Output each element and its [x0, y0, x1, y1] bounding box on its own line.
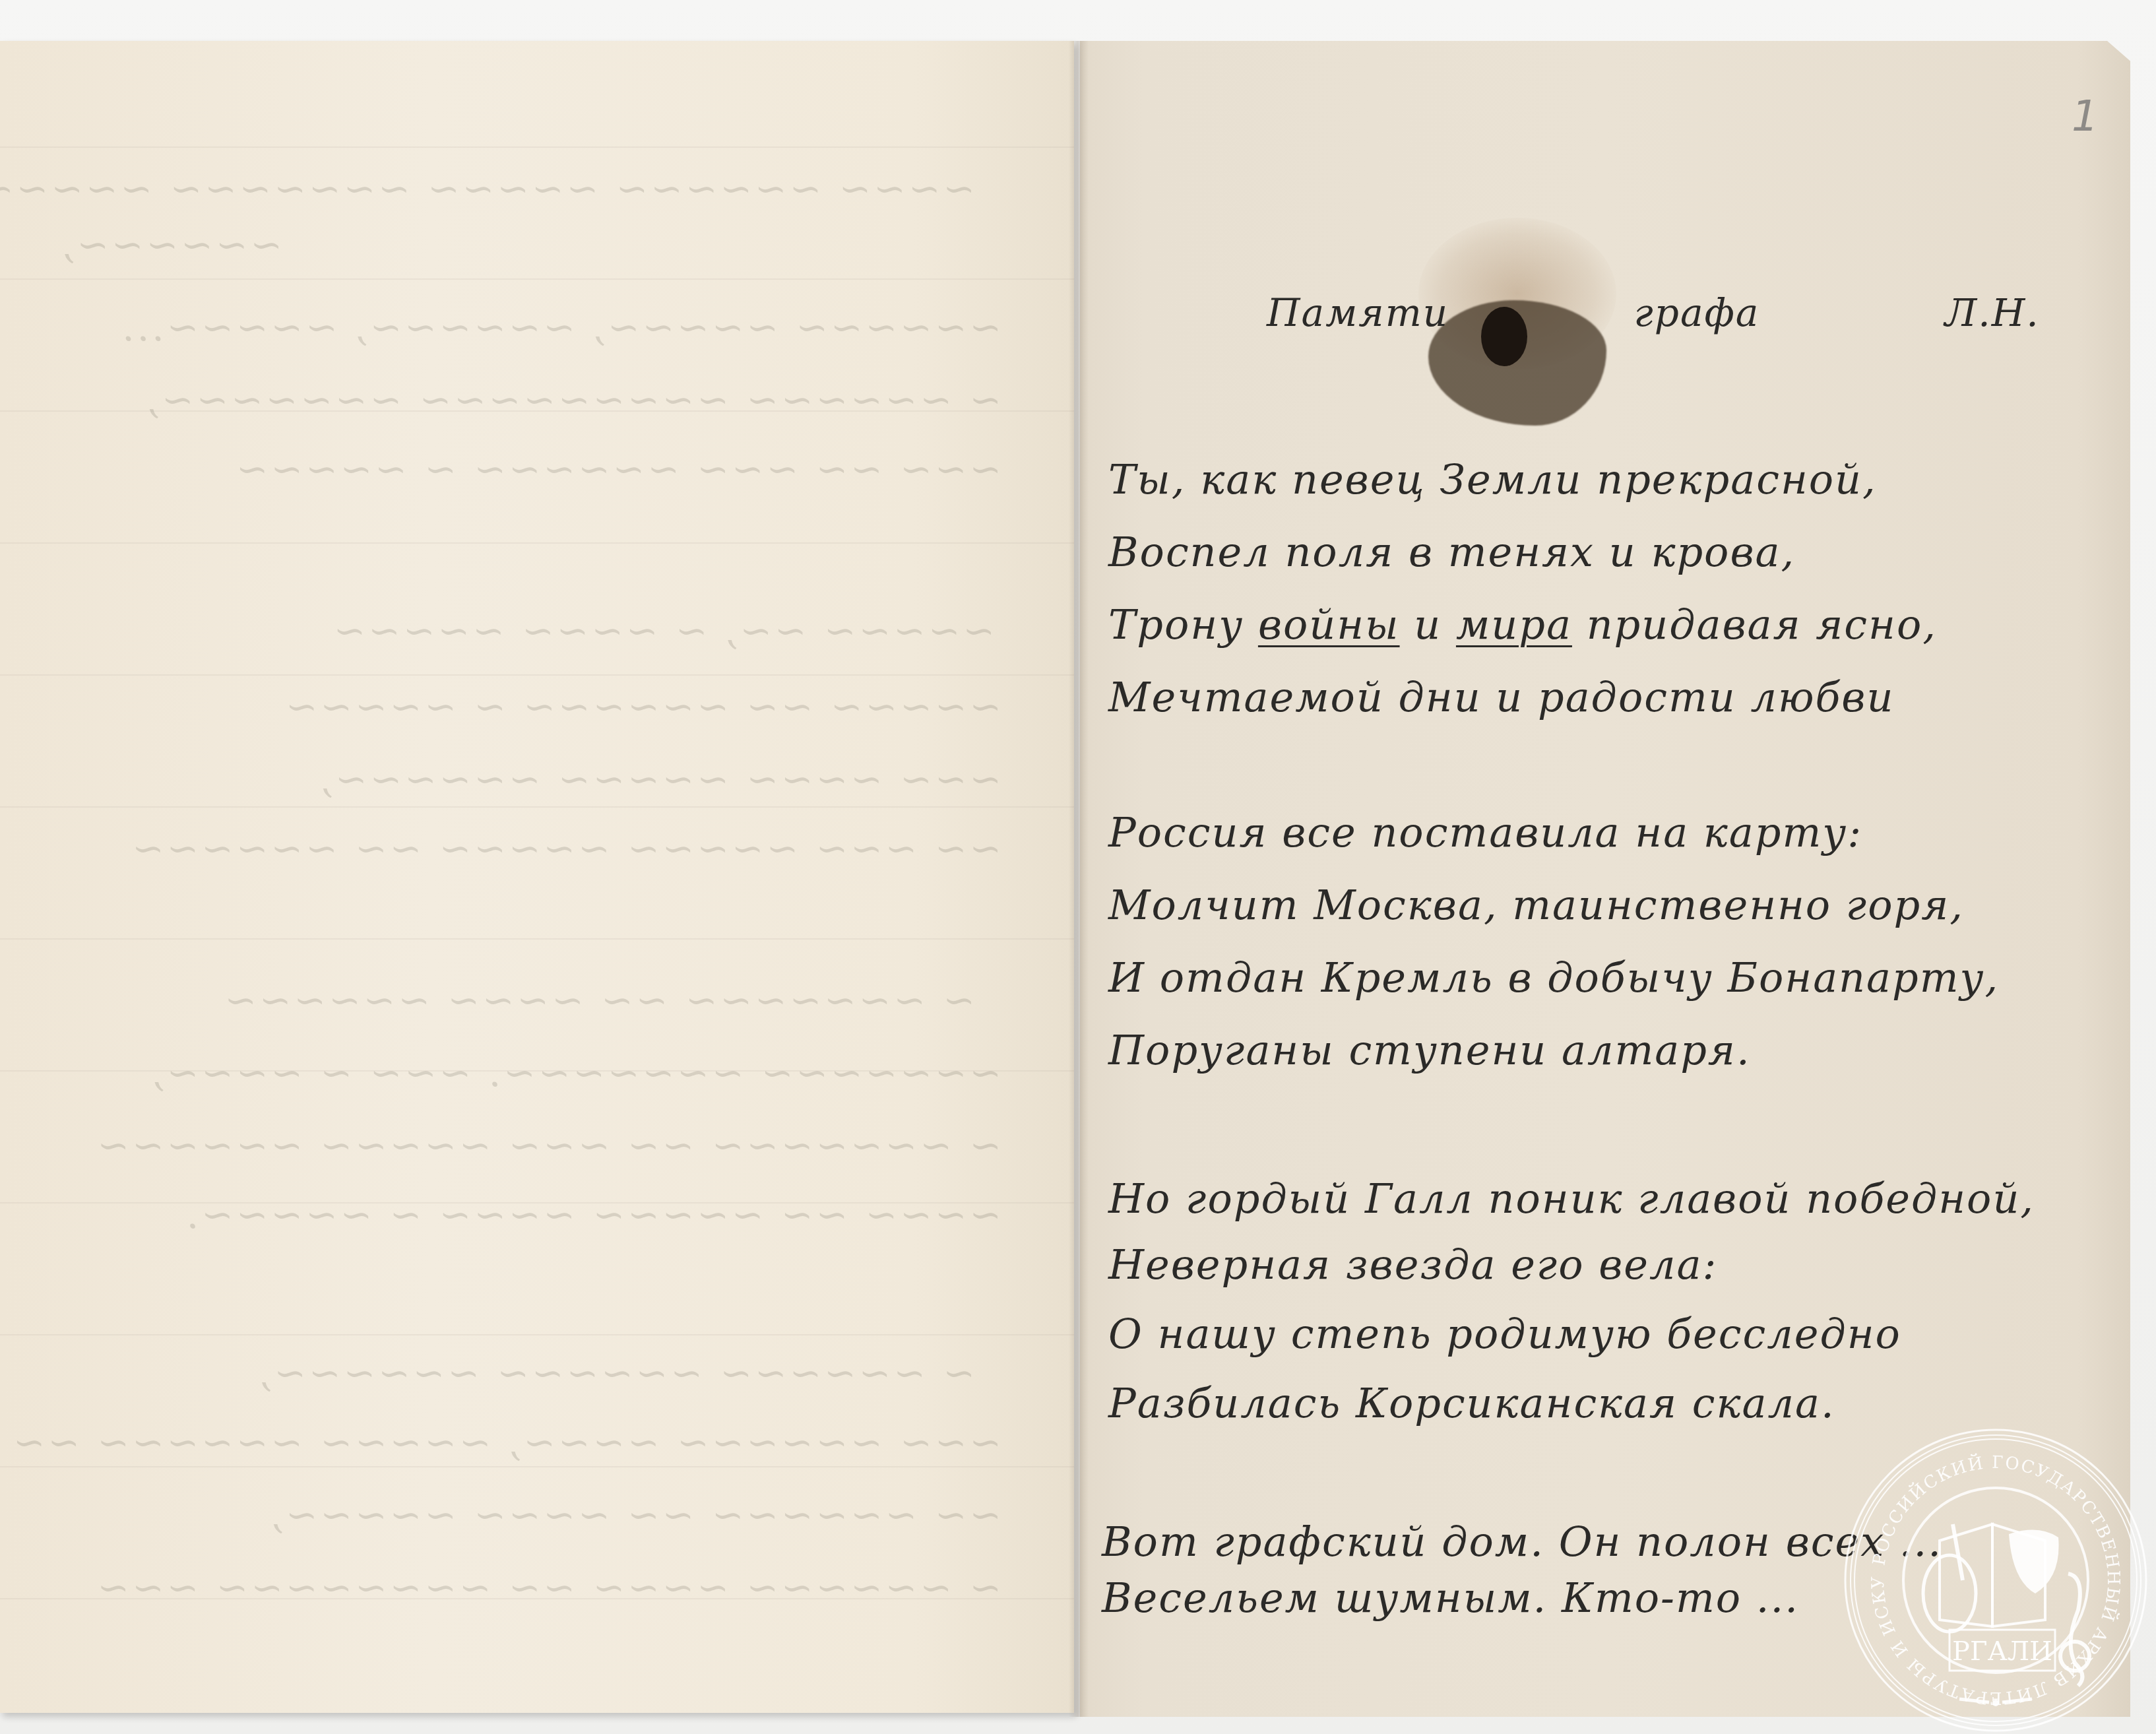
underlined-word: войны	[1258, 600, 1400, 649]
archive-seal-watermark: РОССИЙСКИЙ ГОСУДАРСТВЕННЫЙ АРХИВ ЛИТЕРАТ…	[1841, 1425, 2151, 1734]
verse-segment: Трону	[1108, 600, 1258, 649]
poem-title: Памяти графа Л.Н. Толстого	[1267, 290, 2156, 335]
verse-segment: и	[1400, 600, 1456, 649]
verse-line: Весельем шумным. Кто-то ...	[1102, 1574, 1799, 1622]
page-number: 1	[2072, 92, 2099, 141]
seal-center-text: РГАЛИ	[1952, 1636, 2052, 1667]
verse-line: Разбилась Корсиканская скала.	[1108, 1379, 1835, 1427]
verse-line: И отдан Кремль в добычу Бонапарту,	[1108, 953, 1999, 1002]
verse-line: Молчит Москва, таинственно горя,	[1108, 881, 1964, 929]
verse-segment: придавая ясно,	[1572, 600, 1937, 649]
verse-line: Воспел поля в тенях и крова,	[1108, 528, 1795, 576]
verse-line: Но гордый Галл поник главой победной,	[1108, 1174, 2035, 1223]
center-fold	[1069, 41, 1089, 1717]
left-page: ~~~~ ~~~~~~ ~~~~~ ~~~~~~~ ~~~~~ ~~~~~~, …	[0, 41, 1074, 1713]
bleed-through-text: ~~~~ ~~~~~~ ~~~~~ ~~~~~~~ ~~~~~ ~~~~~~, …	[0, 41, 1074, 1713]
verse-line: О нашу степь родимую бесследно	[1108, 1310, 1901, 1358]
verse-line: Поруганы ступени алтаря.	[1108, 1026, 1751, 1074]
verse-line: Россия все поставила на карту:	[1108, 808, 1862, 856]
verse-line: Вот графский дом. Он полон всех ...	[1102, 1518, 1942, 1566]
verse-line: Мечтаемой дни и радости любви	[1108, 673, 1894, 721]
verse-line: Неверная звезда его вела:	[1108, 1240, 1717, 1289]
underlined-word: мира	[1456, 600, 1572, 649]
verse-line-underlined: Трону войны и мира придавая ясно,	[1108, 600, 1937, 649]
verse-line: Ты, как певец Земли прекрасной,	[1108, 455, 1877, 503]
